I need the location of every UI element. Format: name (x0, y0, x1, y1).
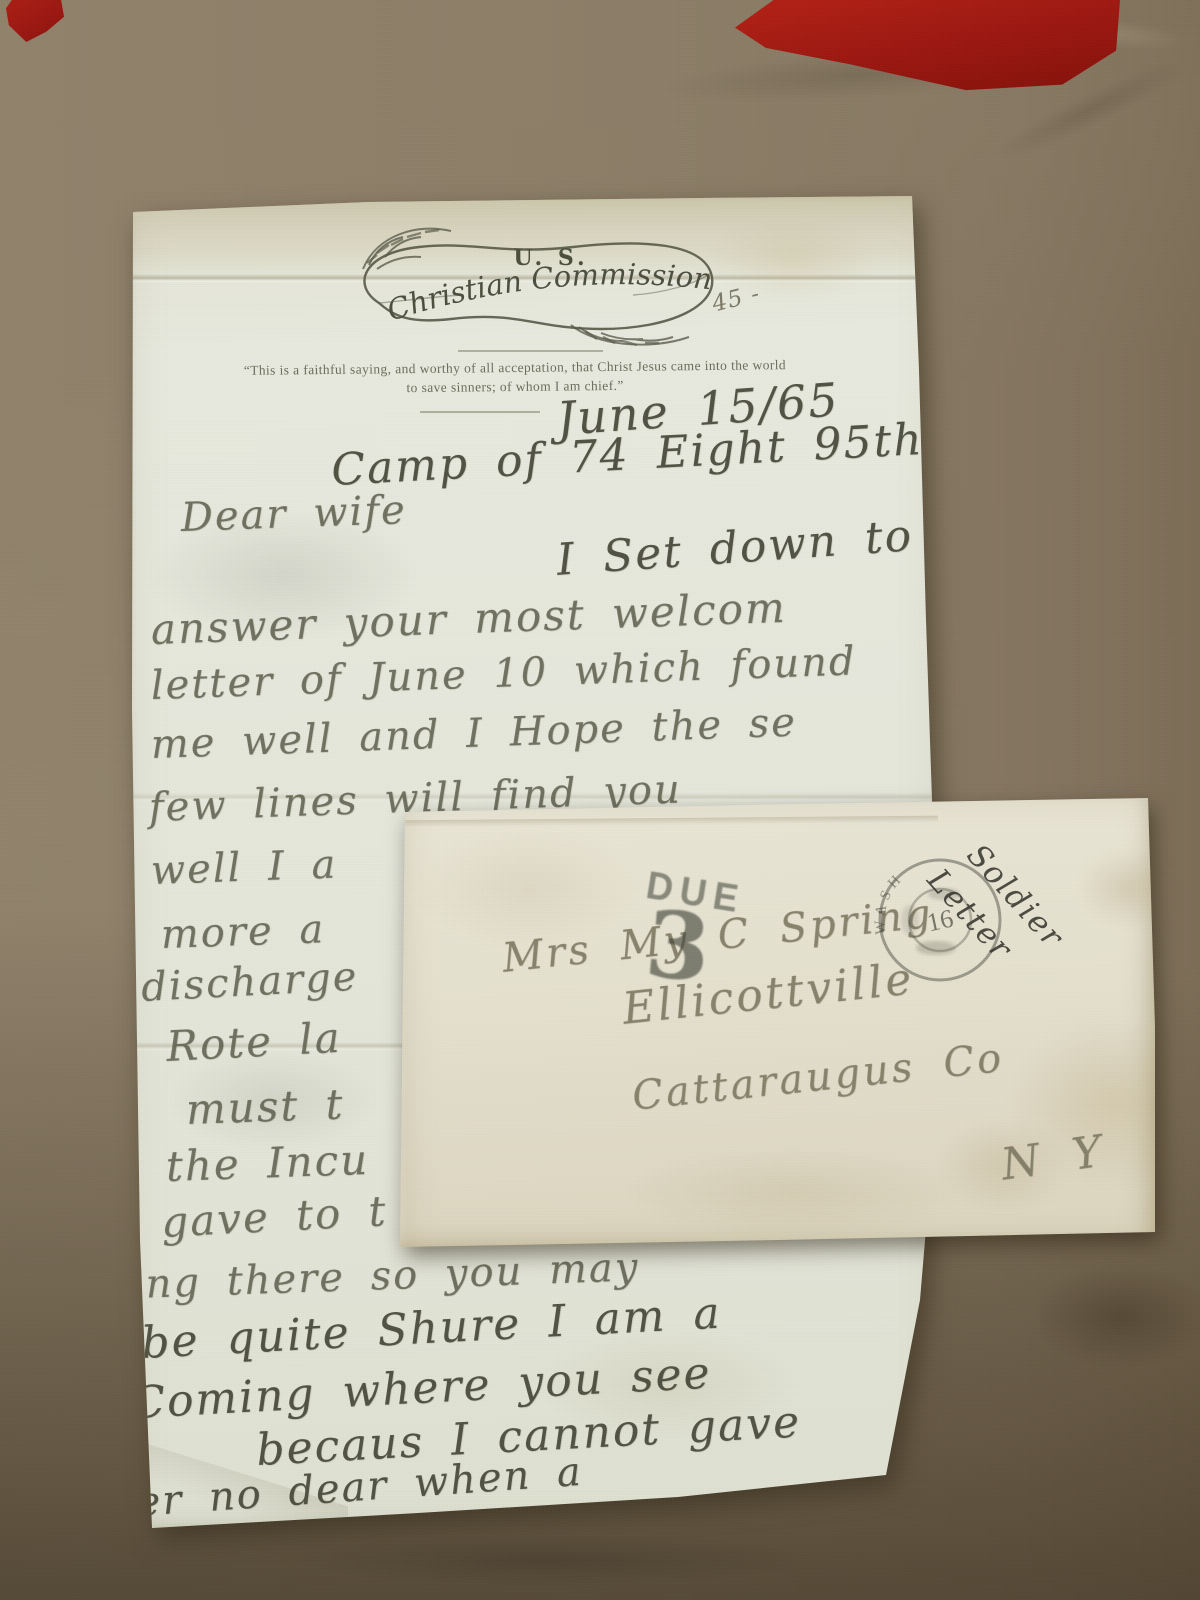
letterhead-rule-bottom (420, 411, 540, 413)
cardboard-background: U. S. Christian Commission 45 - “This is… (0, 0, 1200, 1600)
envelope-stain (628, 1148, 958, 1238)
letter-line: the Incu (165, 1135, 370, 1191)
envelope-wrap: Mrs My C Spring Ellicottville Cattaraugu… (398, 788, 1160, 1253)
due-amount-stamp: 3 (641, 889, 714, 1002)
postmark-smudge (916, 941, 956, 955)
letterhead-org-line2: Christian Commission (383, 257, 714, 327)
letter-line: more a (160, 906, 326, 958)
envelope: Mrs My C Spring Ellicottville Cattaraugu… (398, 788, 1160, 1253)
cardboard-crease (1040, 1260, 1200, 1400)
svg-text:Christian Commission: Christian Commission (383, 257, 714, 327)
red-mark-top-right (735, 0, 1120, 92)
letter-line: me well and I Hope the se (150, 699, 798, 768)
envelope-flap-crease (398, 816, 938, 828)
postmark-smudge (901, 905, 919, 935)
envelope-stain (1078, 848, 1178, 928)
letter-line: I Set down to (555, 510, 915, 586)
red-mark-top-left (6, 0, 64, 42)
letter-line: gave to t (160, 1186, 389, 1247)
letterhead-rule-top (458, 350, 603, 352)
envelope-address-line-3: Cattaraugus Co (630, 1035, 1006, 1120)
letter-line: must t (185, 1079, 345, 1134)
letter-line: discharge (140, 954, 359, 1011)
letter-line: Dear wife (180, 487, 407, 541)
letter-line: well I a (150, 841, 338, 893)
letter-line: Rote la (165, 1013, 343, 1071)
letterhead-emblem: U. S. Christian Commission (333, 205, 773, 355)
envelope-address-line-4: N Y (998, 1126, 1108, 1191)
